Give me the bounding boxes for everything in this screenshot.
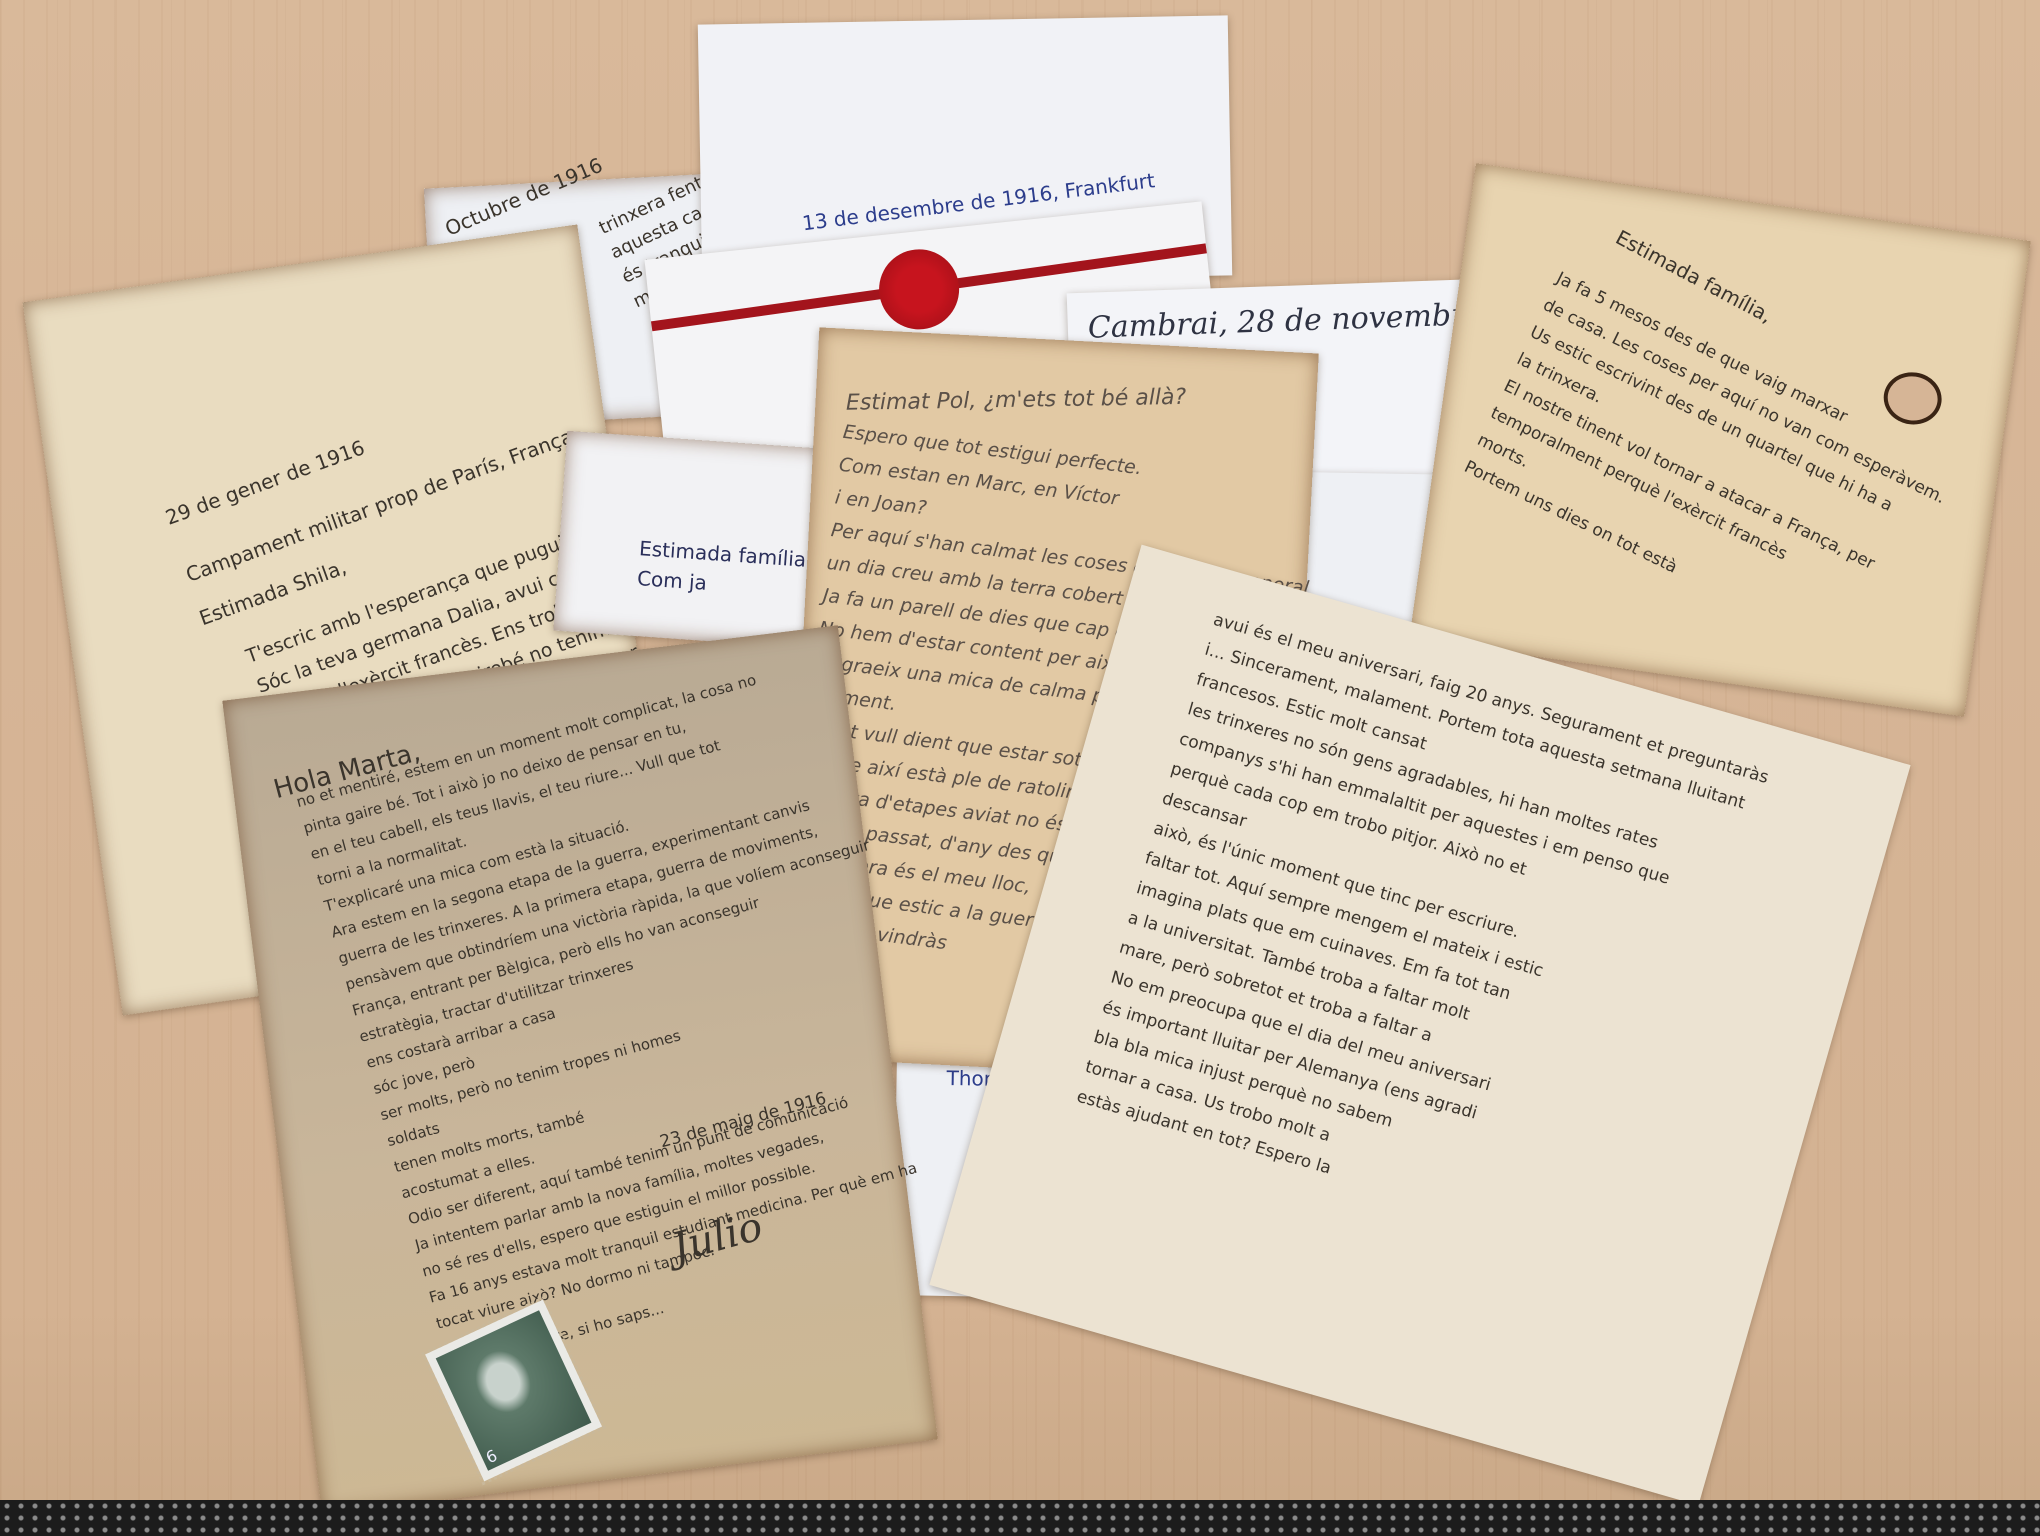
- letter-estimada-familia-crumpled: Estimada família, Ja fa 5 mesos des de q…: [1409, 163, 2030, 716]
- stamp-denomination: 6: [483, 1446, 500, 1468]
- letter-greeting: Estimada família,: [638, 536, 813, 572]
- letter-body: Com ja: [636, 566, 707, 595]
- letter-greeting: Estimat Pol, ¿m'ets tot bé allà?: [846, 385, 1187, 416]
- letter-body: avui és el meu aniversari, faig 20 anys.…: [1072, 608, 1771, 1274]
- wax-seal-icon: [875, 245, 963, 333]
- burn-hole: [1885, 373, 1941, 424]
- letter-estimada-familia-white: Estimada família, Com ja: [553, 431, 836, 649]
- table-mat-edge: [0, 1500, 2040, 1536]
- letter-hola-marta: Hola Marta, no et mentiré, estem en un m…: [222, 625, 937, 1514]
- letter-body: Ja fa 5 mesos des de que vaig marxar de …: [1457, 266, 1962, 677]
